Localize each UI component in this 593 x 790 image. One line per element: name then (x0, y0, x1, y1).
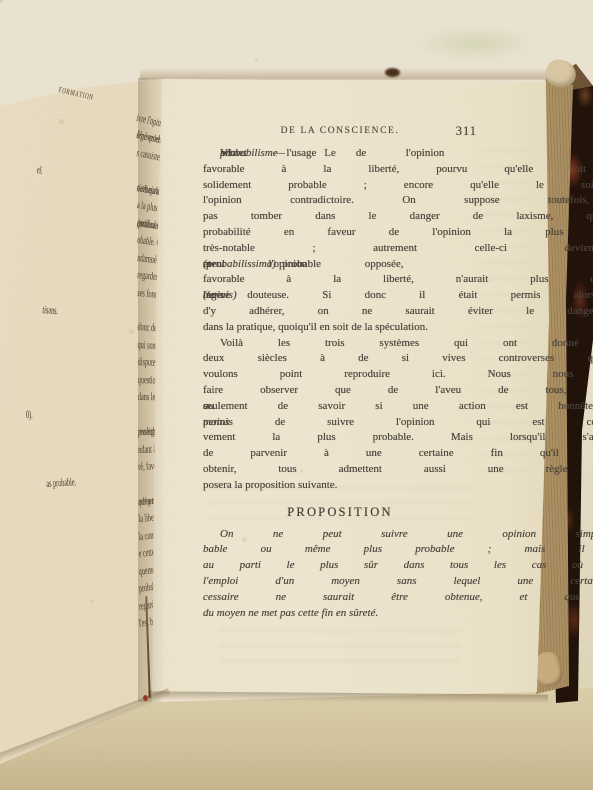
text-line: probabilité en faveur de l'opinion la pl… (203, 225, 477, 241)
foxing-spots (0, 0, 3, 3)
text-line: voulons point reproduire ici. Nous nous … (203, 367, 477, 383)
paper-stain (415, 26, 535, 60)
right-page-body: VI. — Le probabilisme admet l'usage de l… (203, 146, 477, 621)
text-line: deux siècles à de si vives controverses … (203, 351, 477, 367)
show-through-bottom (220, 630, 460, 672)
text-line: ment probable (probabilissima) et l'opin… (203, 257, 477, 273)
text-line: solidement probable ; encore qu'elle le … (203, 178, 477, 194)
text-line: obtenir, tous admettent aussi une règle … (203, 462, 477, 478)
text-line: favorable à la liberté, pourvu qu'elle s… (203, 162, 477, 178)
text-line: au parti le plus sûr dans tous les cas o… (203, 558, 477, 574)
left-page-text: FORMATION ivre l'opinion favorable à la … (0, 0, 138, 790)
text-line: de parvenir à une certaine fin qu'il fau… (203, 446, 477, 462)
text-line: du moyen ne met pas cette fin en sûreté. (203, 606, 477, 622)
gutter-shadow (138, 78, 174, 702)
text-line: dans la pratique, quoiqu'il en soit de l… (203, 320, 477, 336)
text-line: moins permis de suivre l'opinion qui est… (203, 415, 477, 431)
spine-dark-speck (385, 68, 400, 77)
running-head: DE LA CONSCIENCE. (203, 126, 477, 136)
text-line: l'opinion contradictoire. On suppose tou… (203, 193, 477, 209)
text-line: Voilà les trois systèmes qui ont donné l… (203, 336, 477, 352)
text-line: bable ou même plus probable ; mais il fa… (203, 542, 477, 558)
text-line: cessaire ne saurait être obtenue, et que… (203, 590, 477, 606)
text-line: pas tomber dans le danger de laxisme, qu… (203, 209, 477, 225)
show-through-margin (482, 150, 526, 480)
show-through-middle (206, 487, 474, 521)
text-line: favorable à la liberté, n'aurait plus qu… (203, 272, 477, 288)
text-line: VI. — Le probabilisme admet l'usage de l… (203, 146, 477, 162)
text-line: légère (tenuis) ou douteuse. Si donc il … (203, 288, 477, 304)
text-line: d'y adhérer, on ne saurait éviter le dan… (203, 304, 477, 320)
red-speck (143, 695, 148, 701)
book-photograph: FORMATION ivre l'opinion favorable à la … (0, 0, 593, 790)
text-line: l'emploi d'un moyen sans lequel une cert… (203, 574, 477, 590)
page-number: 311 (456, 124, 477, 139)
left-running-head: FORMATION (57, 84, 94, 104)
text-line: très-notable ; autrement celle-ci devien… (203, 241, 477, 257)
text-line: On ne peut suivre une opinion simplement… (203, 527, 477, 543)
page-top-edge-shadow (140, 68, 560, 80)
text-line: seulement de savoir si une action est ho… (203, 399, 477, 415)
right-page-header: DE LA CONSCIENCE. 311 (203, 126, 477, 141)
text-line: vement la plus probable. Mais lorsqu'il … (203, 430, 477, 446)
text-line: faire observer que de l'aveu de tous, lo… (203, 383, 477, 399)
